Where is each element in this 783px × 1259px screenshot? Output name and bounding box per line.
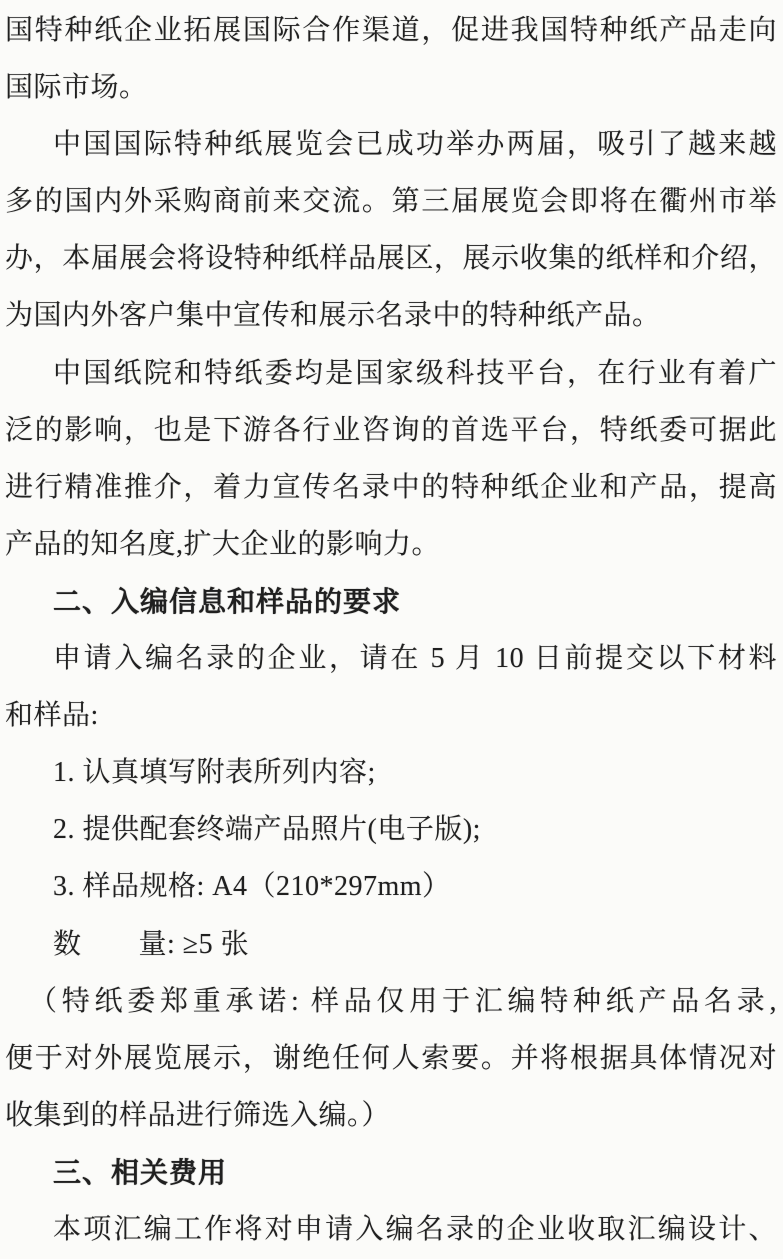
text-line: 多的国内外采购商前来交流。第三届展览会即将在衢州市举: [5, 173, 777, 230]
text-line: 为国内外客户集中宣传和展示名录中的特种纸产品。: [5, 287, 777, 344]
text-line: 办，本届展会将设特种纸样品展区，展示收集的纸样和介绍，: [5, 230, 777, 287]
text-line: 收集到的样品进行筛选入编。）: [5, 1087, 777, 1144]
text-line: 2. 提供配套终端产品照片(电子版);: [5, 801, 777, 858]
text-line: 申请入编名录的企业，请在 5 月 10 日前提交以下材料: [5, 630, 777, 687]
text-line: 和样品:: [5, 687, 777, 744]
section-heading: 二、入编信息和样品的要求: [5, 573, 777, 630]
text-line: 国特种纸企业拓展国际合作渠道，促进我国特种纸产品走向: [5, 2, 777, 59]
text-line: 中国纸院和特纸委均是国家级科技平台，在行业有着广: [5, 345, 777, 402]
text-line: 本项汇编工作将对申请入编名录的企业收取汇编设计、: [5, 1201, 777, 1258]
text-line: 国际市场。: [5, 59, 777, 116]
text-line: （特纸委郑重承诺: 样品仅用于汇编特种纸产品名录,: [5, 973, 777, 1030]
text-line: 产品的知名度,扩大企业的影响力。: [5, 516, 777, 573]
text-line: 泛的影响，也是下游各行业咨询的首选平台，特纸委可据此: [5, 402, 777, 459]
text-line: 数 量: ≥5 张: [5, 916, 777, 973]
section-heading: 三、相关费用: [5, 1144, 777, 1201]
document-text-block: 国特种纸企业拓展国际合作渠道，促进我国特种纸产品走向国际市场。中国国际特种纸展览…: [5, 2, 777, 1258]
text-line: 中国国际特种纸展览会已成功举办两届，吸引了越来越: [5, 116, 777, 173]
text-line: 进行精准推介，着力宣传名录中的特种纸企业和产品，提高: [5, 459, 777, 516]
text-line: 便于对外展览展示，谢绝任何人索要。并将根据具体情况对: [5, 1030, 777, 1087]
text-line: 3. 样品规格: A4（210*297mm）: [5, 858, 777, 915]
text-line: 1. 认真填写附表所列内容;: [5, 744, 777, 801]
document-page: 国特种纸企业拓展国际合作渠道，促进我国特种纸产品走向国际市场。中国国际特种纸展览…: [0, 0, 783, 1259]
